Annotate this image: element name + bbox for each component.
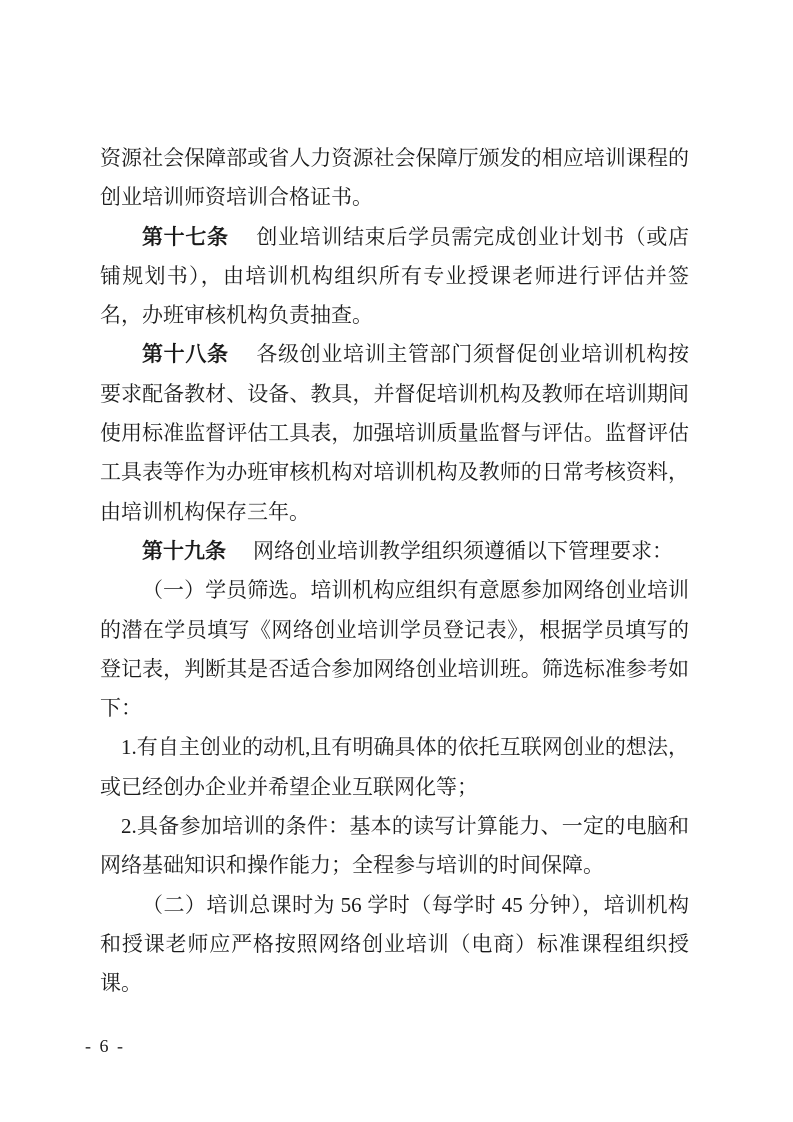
body-text-run: 各级创业培训主管部门须督促创业培训机构按要求配备教材、设备、教具，并督促培训机构… xyxy=(100,342,689,523)
paragraph-7: 2.具备参加培训的条件：基本的读写计算能力、一定的电脑和网络基础知识和操作能力；… xyxy=(100,807,689,886)
article-heading: 第十七条 xyxy=(142,226,229,249)
article-heading: 第十八条 xyxy=(142,343,229,366)
document-body: 资源社会保障部或省人力资源社会保障厅颁发的相应培训课程的创业培训师资培训合格证书… xyxy=(100,139,689,1004)
body-text-run: 2.具备参加培训的条件：基本的读写计算能力、一定的电脑和网络基础知识和操作能力；… xyxy=(100,814,689,877)
paragraph-2: 第十七条创业培训结束后学员需完成创业计划书（或店铺规划书），由培训机构组织所有专… xyxy=(100,218,689,336)
body-text-run: 1.有自主创业的动机,且有明确具体的依托互联网创业的想法，或已经创办企业并希望企… xyxy=(100,735,689,798)
paragraph-4: 第十九条网络创业培训教学组织须遵循以下管理要求： xyxy=(100,532,689,571)
body-text-run: 资源社会保障部或省人力资源社会保障厅颁发的相应培训课程的创业培训师资培训合格证书… xyxy=(100,146,689,209)
article-heading: 第十九条 xyxy=(142,540,226,563)
paragraph-1: 资源社会保障部或省人力资源社会保障厅颁发的相应培训课程的创业培训师资培训合格证书… xyxy=(100,139,689,218)
paragraph-5: （一）学员筛选。培训机构应组织有意愿参加网络创业培训的潜在学员填写《网络创业培训… xyxy=(100,571,689,728)
body-text-run: （二）培训总课时为 56 学时（每学时 45 分钟），培训机构和授课老师应严格按… xyxy=(100,893,689,996)
paragraph-8: （二）培训总课时为 56 学时（每学时 45 分钟），培训机构和授课老师应严格按… xyxy=(100,886,689,1004)
page-number: - 6 - xyxy=(85,1036,125,1057)
body-text-run: （一）学员筛选。培训机构应组织有意愿参加网络创业培训的潜在学员填写《网络创业培训… xyxy=(100,578,689,720)
paragraph-6: 1.有自主创业的动机,且有明确具体的依托互联网创业的想法，或已经创办企业并希望企… xyxy=(100,728,689,807)
document-page: 资源社会保障部或省人力资源社会保障厅颁发的相应培训课程的创业培训师资培训合格证书… xyxy=(0,0,793,1122)
paragraph-3: 第十八条各级创业培训主管部门须督促创业培训机构按要求配备教材、设备、教具，并督促… xyxy=(100,335,689,531)
body-text-run: 网络创业培训教学组织须遵循以下管理要求： xyxy=(253,539,673,563)
